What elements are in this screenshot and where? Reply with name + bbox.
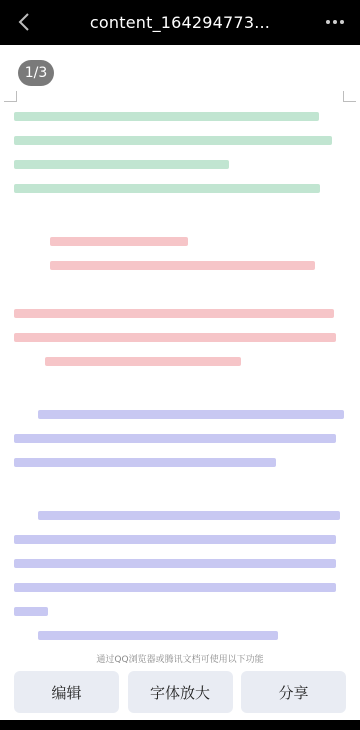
redacted-line bbox=[14, 531, 336, 546]
top-bar: content_164294773... bbox=[0, 0, 360, 45]
redacted-line bbox=[14, 555, 336, 570]
chevron-left-icon bbox=[18, 12, 30, 32]
edit-button[interactable]: 编辑 bbox=[14, 671, 119, 713]
action-bar: 编辑 字体放大 分享 bbox=[0, 671, 360, 717]
redacted-line bbox=[14, 329, 336, 344]
redacted-line bbox=[14, 579, 336, 594]
redacted-line bbox=[14, 156, 229, 171]
redacted-line bbox=[14, 305, 334, 320]
redacted-line bbox=[14, 180, 320, 195]
feature-notice: 通过QQ浏览器或腾讯文档可使用以下功能 bbox=[0, 652, 360, 665]
share-button[interactable]: 分享 bbox=[241, 671, 346, 713]
document-title: content_164294773... bbox=[90, 13, 270, 32]
redacted-line bbox=[38, 627, 278, 642]
enlarge-font-button[interactable]: 字体放大 bbox=[128, 671, 233, 713]
redacted-line bbox=[38, 507, 340, 522]
redacted-line bbox=[50, 257, 315, 272]
redacted-line bbox=[14, 603, 48, 618]
more-dot-icon bbox=[333, 20, 337, 24]
document-body[interactable] bbox=[0, 100, 360, 648]
redacted-line bbox=[38, 406, 344, 421]
more-dot-icon bbox=[340, 20, 344, 24]
back-button[interactable] bbox=[10, 8, 38, 36]
page-indicator: 1/3 bbox=[18, 60, 54, 86]
redacted-line bbox=[14, 430, 336, 445]
more-dot-icon bbox=[326, 20, 330, 24]
redacted-line bbox=[14, 108, 319, 123]
redacted-line bbox=[50, 233, 188, 248]
redacted-line bbox=[14, 132, 332, 147]
redacted-line bbox=[14, 454, 276, 469]
redacted-line bbox=[45, 353, 241, 368]
system-nav-bar bbox=[0, 720, 360, 730]
more-options-button[interactable] bbox=[320, 10, 350, 34]
